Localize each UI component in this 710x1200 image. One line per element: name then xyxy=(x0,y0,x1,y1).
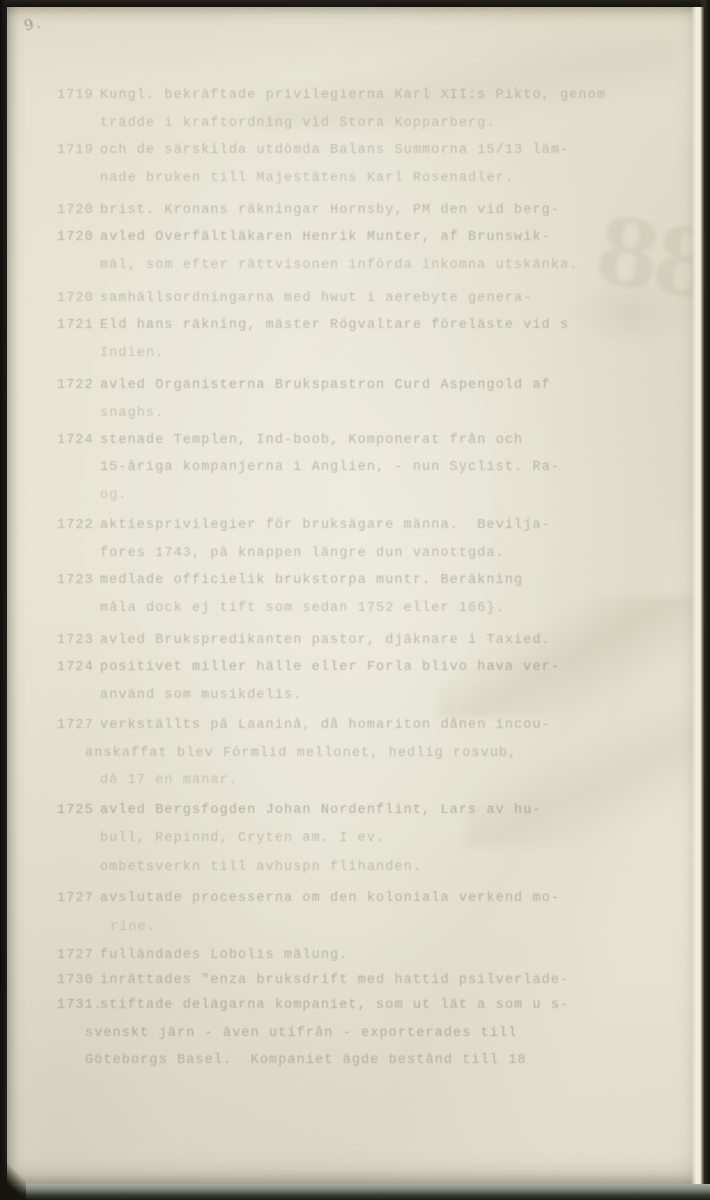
typed-line-text: stiftade delägarna kompaniet, som ut lät… xyxy=(100,998,569,1013)
typed-line: 1722aktiesprivilegier för bruksägare män… xyxy=(100,518,551,533)
typed-line-text: anskaffat blev Förmlid mellonet, hedlig … xyxy=(85,746,517,761)
typed-line: 1727verkställts på Laaninå, då homariton… xyxy=(100,718,551,733)
pencil-page-number: 9. xyxy=(22,13,44,34)
typed-line-text: 15-åriga kompanjerna i Anglien, - nun Sy… xyxy=(100,460,560,475)
typed-line-text: och de särskilda utdömda Balans Summorna… xyxy=(100,143,569,158)
year-label: 1720 xyxy=(57,291,94,306)
typed-line-text: trädde i kraftordning vid Stora Kopparbe… xyxy=(100,116,496,131)
typed-line: fores 1743, på knappen längre dun vanott… xyxy=(100,546,505,561)
typed-line: måla dock ej tift som sedan 1752 eller 1… xyxy=(100,601,505,616)
year-label: 1719 xyxy=(57,88,94,103)
year-label: 1723 xyxy=(57,573,94,588)
year-label: 1727 xyxy=(57,948,94,963)
year-label: 1722 xyxy=(57,518,94,533)
typed-line-text: fulländades Lobolis mälung. xyxy=(100,948,348,963)
typed-line: trädde i kraftordning vid Stora Kopparbe… xyxy=(100,116,496,131)
typed-line-text: positivet miller hälle eller Forla blivo… xyxy=(100,660,560,675)
typed-line-text: då 17 en manar. xyxy=(100,773,238,788)
typed-line-text: avled Organisterna Brukspastron Curd Asp… xyxy=(100,378,551,393)
typed-line: anskaffat blev Förmlid mellonet, hedlig … xyxy=(85,746,517,761)
typed-line: rine. xyxy=(110,920,156,935)
typed-line: svenskt järn - även utifrån - exporterad… xyxy=(85,1026,517,1041)
typed-line-text: avslutade processerna om den koloniala v… xyxy=(100,891,560,906)
typed-line-text: bull, Repinnd, Cryten am. I ev. xyxy=(100,831,385,846)
scanner-border-top xyxy=(0,0,710,7)
paper-sheet: 9. 88 1719Kungl. bekräftade privilegiern… xyxy=(7,7,700,1184)
scanner-corner-shadow xyxy=(0,1150,26,1200)
typed-line: mäl, som efter rättvisonen införda inkom… xyxy=(100,258,578,273)
year-label: 1721 xyxy=(57,318,94,333)
scanned-document-page: 9. 88 1719Kungl. bekräftade privilegiern… xyxy=(0,0,710,1200)
typed-line: 1723avled Brukspredikanten pastor, djäkn… xyxy=(100,633,551,648)
typed-line-text: fores 1743, på knappen längre dun vanott… xyxy=(100,546,505,561)
year-label: 1727 xyxy=(57,891,94,906)
typed-line: 1730inrättades "enza bruksdrift med hatt… xyxy=(100,973,569,988)
scanner-border-left xyxy=(0,0,7,1200)
year-label: 1723 xyxy=(57,633,94,648)
year-label: 1727 xyxy=(57,718,94,733)
typed-line-text: Kungl. bekräftade privilegierna Karl XII… xyxy=(100,88,606,103)
typed-line-text: medlade officielik brukstorpa muntr. Ber… xyxy=(100,573,523,588)
year-label: 1719 xyxy=(57,143,94,158)
year-label: 1720 xyxy=(57,203,94,218)
typed-line: 1720brist. Kronans räkningar Hornsby, PM… xyxy=(100,203,560,218)
year-label: 1722 xyxy=(57,378,94,393)
typed-line: 1719och de särskilda utdömda Balans Summ… xyxy=(100,143,569,158)
typed-line: 1722avled Organisterna Brukspastron Curd… xyxy=(100,378,551,393)
typed-line: 1721Eld hans räkning, mäster Rögvaltare … xyxy=(100,318,569,333)
typed-line: 1727fulländades Lobolis mälung. xyxy=(100,948,348,963)
typed-line-text: ombetsverkn till avhuspn flihanden. xyxy=(100,860,422,875)
paper-crease xyxy=(257,37,677,127)
typed-line: 1724stenade Templen, Ind-boob, Komponera… xyxy=(100,433,523,448)
scanner-border-right xyxy=(701,0,710,1200)
typed-line: og. xyxy=(100,488,128,503)
typed-line: använd som musikdelis. xyxy=(100,688,302,703)
typed-line: 1720avled Överfältläkaren Henrik Munter,… xyxy=(100,230,551,245)
typed-line-text: använd som musikdelis. xyxy=(100,688,302,703)
typed-line: 1723medlade officielik brukstorpa muntr.… xyxy=(100,573,523,588)
typed-line: då 17 en manar. xyxy=(100,773,238,788)
typed-line-text: måla dock ej tift som sedan 1752 eller 1… xyxy=(100,601,505,616)
year-label: 1730 xyxy=(57,973,94,988)
typed-line: ombetsverkn till avhuspn flihanden. xyxy=(100,860,422,875)
typed-line-text: Eld hans räkning, mäster Rögvaltare före… xyxy=(100,318,569,333)
typed-line: 1720samhällsordningarna med hwut i aereb… xyxy=(100,291,532,306)
typed-line: bull, Repinnd, Cryten am. I ev. xyxy=(100,831,385,846)
year-label: 1731. xyxy=(57,998,103,1013)
typed-line-text: avled Brukspredikanten pastor, djäknare … xyxy=(100,633,551,648)
typed-line-text: aktiesprivilegier för bruksägare männa. … xyxy=(100,518,551,533)
typed-line-text: nade bruken till Majestätens Karl Rosena… xyxy=(100,171,514,186)
typed-line: 1731.stiftade delägarna kompaniet, som u… xyxy=(100,998,569,1013)
typed-line-text: verkställts på Laaninå, då homariton dån… xyxy=(100,718,551,733)
year-label: 1724 xyxy=(57,433,94,448)
typed-line-text: avled Överfältläkaren Henrik Munter, af … xyxy=(100,230,551,245)
typed-line-text: Göteborgs Basel. Kompaniet ägde bestånd … xyxy=(85,1053,527,1068)
typed-line: 15-åriga kompanjerna i Anglien, - nun Sy… xyxy=(100,460,560,475)
typed-line-text: brist. Kronans räkningar Hornsby, PM den… xyxy=(100,203,560,218)
typed-line-text: og. xyxy=(100,488,128,503)
typed-line: 1719Kungl. bekräftade privilegierna Karl… xyxy=(100,88,606,103)
typed-line: nade bruken till Majestätens Karl Rosena… xyxy=(100,171,514,186)
year-label: 1720 xyxy=(57,230,94,245)
scanner-border-bottom xyxy=(0,1184,710,1200)
typed-line-text: stenade Templen, Ind-boob, Komponerat fr… xyxy=(100,433,523,448)
year-label: 1725 xyxy=(57,803,94,818)
typed-line: snaghs. xyxy=(100,406,164,421)
typed-line: Indien. xyxy=(100,346,164,361)
year-label: 1724 xyxy=(57,660,94,675)
typed-line: 1725avled Bergsfogden Johan Nordenflint,… xyxy=(100,803,542,818)
typed-line-text: mäl, som efter rättvisonen införda inkom… xyxy=(100,258,578,273)
typed-line-text: rine. xyxy=(110,920,156,935)
typed-line-text: Indien. xyxy=(100,346,164,361)
typed-line: 1727avslutade processerna om den kolonia… xyxy=(100,891,560,906)
typed-line-text: inrättades "enza bruksdrift med hattid p… xyxy=(100,973,569,988)
typed-line-text: snaghs. xyxy=(100,406,164,421)
typed-line: Göteborgs Basel. Kompaniet ägde bestånd … xyxy=(85,1053,527,1068)
typed-line-text: samhällsordningarna med hwut i aerebyte … xyxy=(100,291,532,306)
typed-line-text: avled Bergsfogden Johan Nordenflint, Lar… xyxy=(100,803,542,818)
typed-line-text: svenskt järn - även utifrån - exporterad… xyxy=(85,1026,517,1041)
stamp-shadow xyxy=(567,277,697,347)
typed-line: 1724positivet miller hälle eller Forla b… xyxy=(100,660,560,675)
